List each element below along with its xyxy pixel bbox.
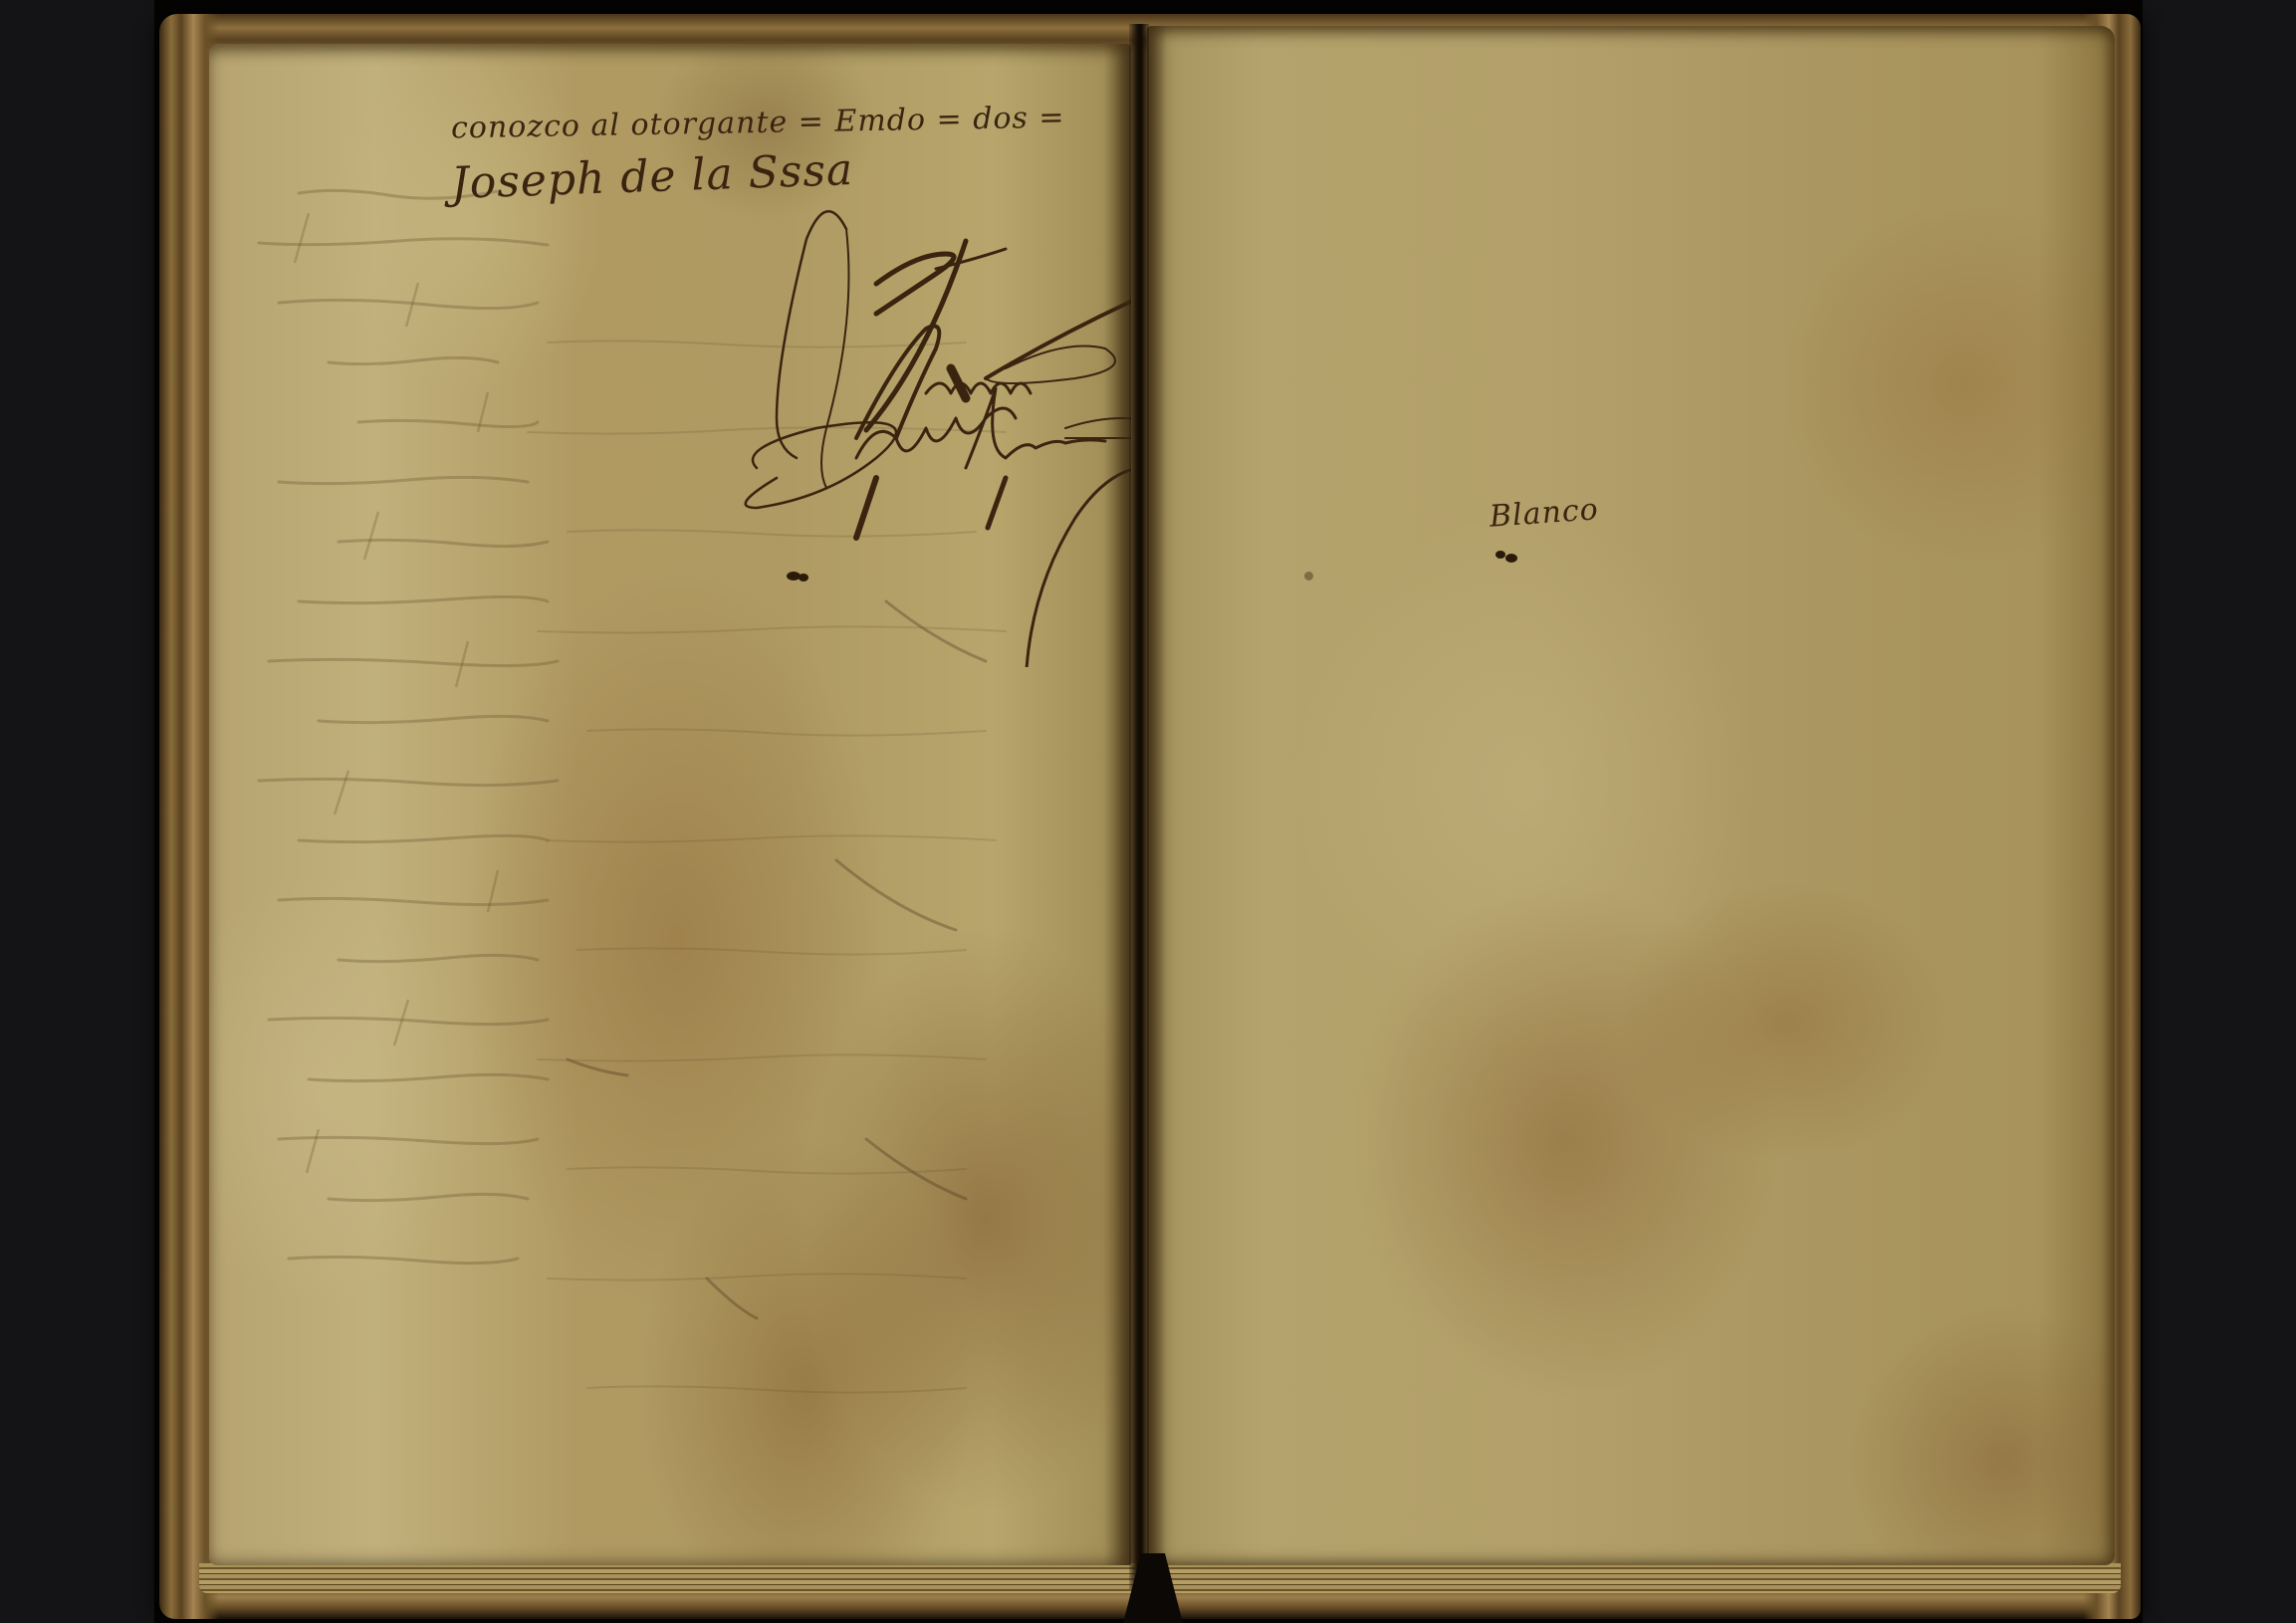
scan-viewport: conozco al otorgante = Emdo = dos = Jose… bbox=[0, 0, 2296, 1623]
notary-signature-rubric: Ante mí Joseph de Azpuru bbox=[727, 179, 1131, 667]
left-page: conozco al otorgante = Emdo = dos = Jose… bbox=[209, 44, 1131, 1565]
book-gutter bbox=[1129, 24, 1149, 1589]
notary-name-text: Joseph de Azpuru bbox=[727, 179, 735, 180]
ink-blot bbox=[799, 574, 808, 581]
ink-blot bbox=[1505, 554, 1517, 563]
ink-spot bbox=[1304, 572, 1313, 580]
marginal-note: conozco al otorgante = Emdo = dos = bbox=[451, 101, 1065, 146]
right-page: Blanco bbox=[1147, 26, 2115, 1565]
blanco-annotation: Blanco bbox=[1489, 492, 1600, 535]
ink-blot bbox=[1495, 551, 1505, 559]
